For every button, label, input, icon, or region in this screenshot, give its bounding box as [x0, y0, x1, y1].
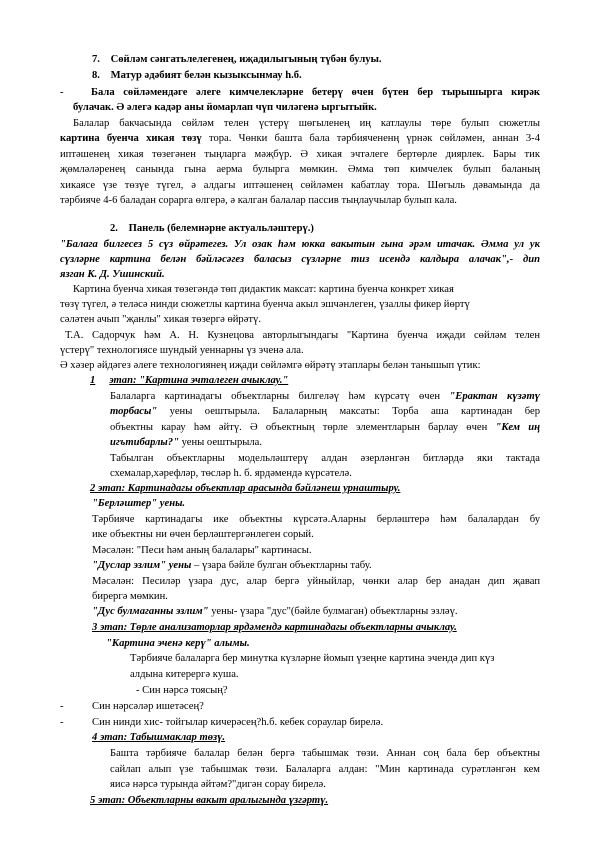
text-line: объектны карау һәм әйтү. Ә объектның төр… [110, 421, 540, 434]
text-line: схемалар,хәрефләр, төсләр һ. б. ярдәменд… [110, 467, 352, 480]
text-line: Т.А. Садорчук һәм А. Н. Кузнецова авторл… [65, 329, 540, 342]
text-line: Ә хәзер әйдәгез әлеге технологиянең иҗад… [60, 359, 481, 372]
list-text: Матур әдәбият белән кызыксынмау һ.б. [111, 70, 302, 81]
dash-bullet: - [60, 716, 64, 729]
text-line: Тәрбияче балаларга бер минутка күзләрне … [130, 652, 494, 665]
bold-phrase: картина буенча хикая төзү [60, 133, 202, 144]
text-line: алдына китерергә куша. [130, 668, 239, 681]
question-line: - Син нәрсә тоясың? [136, 684, 228, 697]
text-line: Мәсәлән: Песиләр үзара дус, алар бергә у… [92, 575, 540, 588]
text-span: – үзара бәйле булган объектларны табу. [191, 560, 371, 571]
list-number: 7. [92, 54, 100, 65]
text-line: бирергә мөмкин. [92, 590, 168, 603]
text-line: үстерү" технологиясе шундый уеннарны үз … [60, 344, 304, 357]
stage-1-title: 1этап: "Картина эчталеген ачыклау." [90, 374, 288, 387]
text-line: торбасы" уены оештырыла. Балаларның макс… [110, 405, 540, 418]
game-name: "Берләштер" уены. [92, 497, 185, 510]
text-line: сайлап алып үзе табышмак төзи. Балаларга… [110, 763, 540, 776]
text-line: Табылган объектларны модельләштерү алдан… [110, 452, 540, 465]
text-span: объектны карау һәм әйтү. Ә объектның төр… [110, 422, 496, 433]
text-line: җөмләләренең санында гына аерма булырга … [60, 163, 540, 176]
text-line: хикаясе үзе төзүе түгел, ә алдагы иптәше… [60, 179, 540, 192]
text-line: Картина буенча хикая төзегәндә төп дидак… [73, 283, 454, 296]
text-line: игътибарлы?" уены оештырыла. [110, 436, 262, 449]
list-number: 8. [92, 70, 100, 81]
list-item-8: 8. Матур әдәбият белән кызыксынмау һ.б. [92, 69, 302, 82]
stage-5-title: 5 этап: Объектларны вакыт аралыгында үзг… [90, 794, 328, 807]
text-line: иптәшенең хикая төзегәнен тыңларга мәҗбү… [60, 148, 540, 161]
game-name: "Кем иң [496, 422, 540, 433]
game-name: торбасы" [110, 406, 157, 417]
question-line: Син нәрсәләр ишетәсең? [92, 700, 204, 713]
text-line: Мәсәлән: "Песи һәм аның балалары" картин… [92, 544, 312, 557]
quote-line: сүзләрне картина белән бәйләсәгез баласы… [60, 253, 540, 266]
stage-2-title: 2 этап: Картинадагы объектлар арасында б… [90, 482, 400, 495]
quote-author: язган К. Д. Ушинский. [60, 268, 165, 281]
stage-4-title: 4 этап: Табышмаклар төзү. [92, 731, 225, 744]
text-line: "Дус булмаганны эзлим" уены- үзара "дус"… [92, 605, 458, 618]
text-line: сәләтен ачып "җанлы" хикая төзергә өйрәт… [60, 313, 261, 326]
technique-name: "Картина эченә керү" алымы. [106, 637, 250, 650]
dash-bullet: - [60, 700, 64, 713]
game-name: "Дуслар эзлим" уены [92, 560, 191, 571]
text-line: Балаларга картинадагы объектларны билгел… [110, 390, 540, 403]
game-name: "Ерактан күзәтү [449, 391, 540, 402]
text-line: төзү түгел, ә теләсә нинди сюжетлы карти… [60, 298, 470, 311]
question-line: Син нинди хис- тойгылар кичерәсең?һ.б. к… [92, 716, 383, 729]
section-title: Панель (белемнәрне актуальләштерү.) [129, 223, 314, 234]
stage-title-text: этап: "Картина эчталеген ачыклау." [109, 375, 288, 386]
text-line: Башта тәрбияче балалар белән бергә табыш… [110, 747, 540, 760]
text-line: тәрбияче 4-6 баладан сорарга өлгерә, ә к… [60, 194, 457, 207]
text-line: ике объектны ни өчен берләштергәнлеген с… [92, 528, 314, 541]
section-number: 2. [110, 223, 118, 234]
text-span: Балаларга картинадагы объектларны билгел… [110, 391, 449, 402]
text-line: Тәрбияче картинадагы ике объектны күрсәт… [92, 513, 540, 526]
stage-3-title: 3 этап: Төрле анализаторлар ярдәмендә ка… [92, 621, 457, 634]
text-span: уены оештырыла. Балаларның максаты: Торб… [157, 406, 540, 417]
game-name: игътибарлы?" [110, 437, 179, 448]
text-line: яисә нәрсә турында әйтәм?"дигән сорау би… [110, 778, 326, 791]
text-line: Бала сөйләмендәге әлеге кимчелекләрне бе… [91, 86, 540, 99]
dash-bullet: - [60, 86, 64, 99]
section-heading: 2. Панель (белемнәрне актуальләштерү.) [110, 222, 314, 235]
list-text: Сөйләм сәнгатьлелегенең, иҗадилыгының тү… [111, 54, 382, 65]
game-name: "Дус булмаганны эзлим" [92, 606, 209, 617]
quote-line: "Балага билгесез 5 сүз өйрәтегез. Ул оза… [60, 238, 540, 251]
text-line: Балалар бакчасында сөйләм телен үстерү ш… [73, 117, 540, 130]
text-line: картина буенча хикая төзү тора. Чөнки ба… [60, 132, 540, 145]
text-span: тора. Чөнки башта бала тәрбиячененң үрнә… [202, 133, 540, 144]
text-line: булачак. Ә әлегә кадәр аны йомарлап чүп … [73, 101, 377, 114]
text-line: "Дуслар эзлим" уены – үзара бәйле булган… [92, 559, 372, 572]
text-span: уены оештырыла. [179, 437, 262, 448]
text-span: уены- үзара "дус"(бәйле булмаган) объект… [209, 606, 458, 617]
stage-number: 1 [90, 375, 95, 386]
list-item-7: 7. Сөйләм сәнгатьлелегенең, иҗадилыгының… [92, 53, 382, 66]
